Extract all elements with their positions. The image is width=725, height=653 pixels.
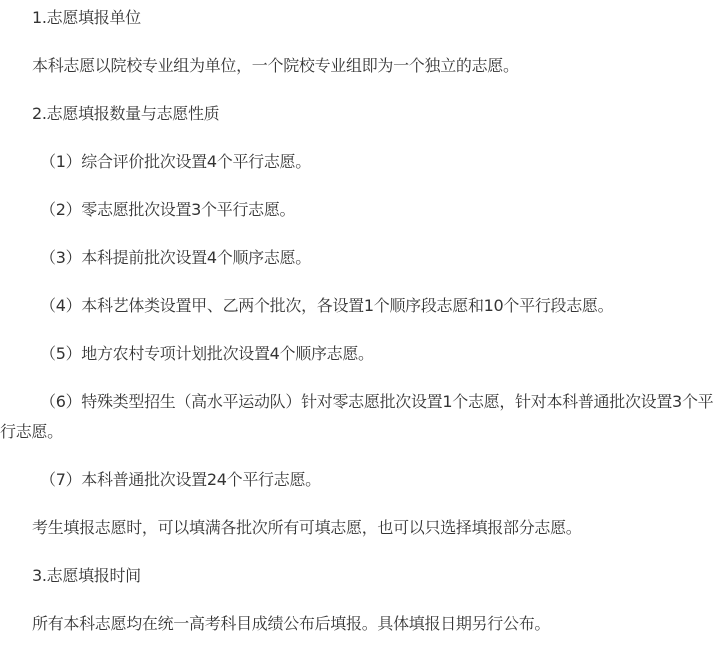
paragraph-filling-note: 考生填报志愿时，可以填满各批次所有可填志愿，也可以只选择填报部分志愿。 [0, 513, 725, 543]
paragraph-unit-description: 本科志愿以院校专业组为单位，一个院校专业组即为一个独立的志愿。 [0, 51, 725, 81]
section-heading-2: 2.志愿填报数量与志愿性质 [0, 99, 725, 129]
list-item-1: （1）综合评价批次设置4个平行志愿。 [0, 147, 725, 177]
list-item-7: （7）本科普通批次设置24个平行志愿。 [0, 465, 725, 495]
list-item-6: （6）特殊类型招生（高水平运动队）针对零志愿批次设置1个志愿，针对本科普通批次设… [0, 387, 725, 447]
list-item-2: （2）零志愿批次设置3个平行志愿。 [0, 195, 725, 225]
list-item-4: （4）本科艺体类设置甲、乙两个批次，各设置1个顺序段志愿和10个平行段志愿。 [0, 291, 725, 321]
list-item-5: （5）地方农村专项计划批次设置4个顺序志愿。 [0, 339, 725, 369]
section-heading-1: 1.志愿填报单位 [0, 3, 725, 33]
section-heading-3: 3.志愿填报时间 [0, 561, 725, 591]
article-body: 1.志愿填报单位 本科志愿以院校专业组为单位，一个院校专业组即为一个独立的志愿。… [0, 0, 725, 639]
list-item-3: （3）本科提前批次设置4个顺序志愿。 [0, 243, 725, 273]
paragraph-filling-time: 所有本科志愿均在统一高考科目成绩公布后填报。具体填报日期另行公布。 [0, 609, 725, 639]
